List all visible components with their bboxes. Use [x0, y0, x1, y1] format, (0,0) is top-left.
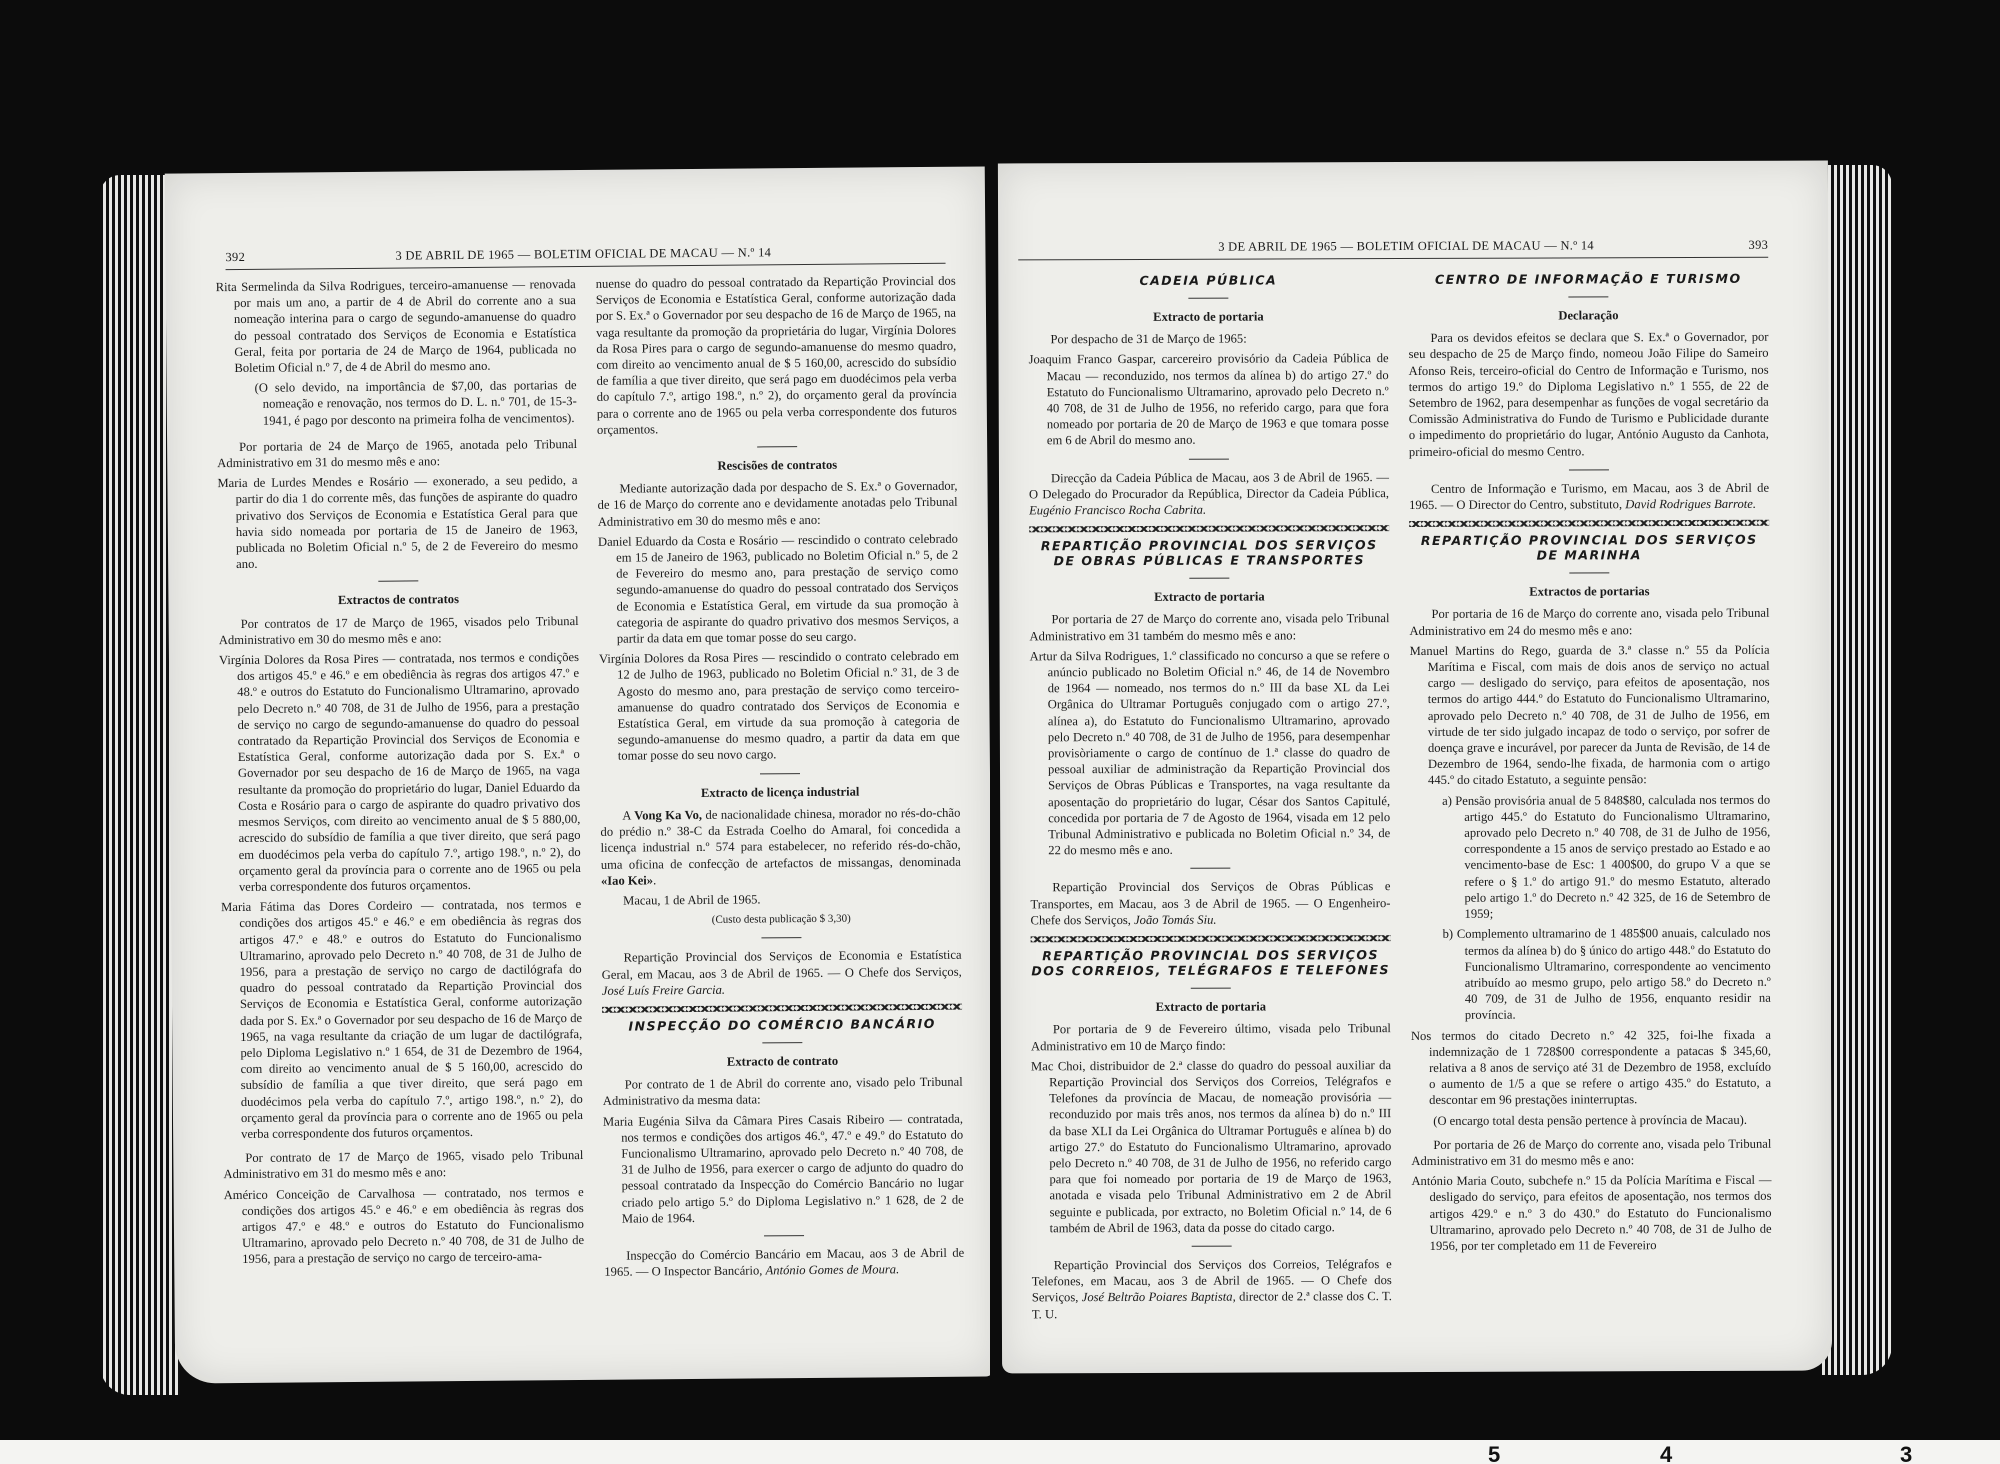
paragraph: Rita Sermelinda da Silva Rodrigues, terc…	[216, 276, 577, 376]
paragraph: Por contratos de 17 de Março de 1965, vi…	[219, 613, 579, 649]
paragraph: Artur da Silva Rodrigues, 1.º classifica…	[1030, 647, 1391, 859]
licence-paragraph: A Vong Ka Vo, de nacionalidade chinesa, …	[600, 805, 961, 889]
signature-paragraph: Direcção da Cadeia Pública de Macau, aos…	[1029, 469, 1389, 519]
paragraph: Mac Choi, distribuidor de 2.ª classe do …	[1031, 1057, 1392, 1236]
paragraph: nuense do quadro do pessoal contratado d…	[596, 273, 957, 438]
signatory: David Rodrigues Barrote.	[1625, 497, 1756, 511]
list-item-a: a) Pensão provisória anual de 5 848$80, …	[1410, 791, 1770, 922]
paragraph: Por contrato de 17 de Março de 1965, vis…	[223, 1147, 583, 1183]
subheading: Extracto de portaria	[1029, 588, 1389, 605]
right-page-column-2: Centro de Informação e Turismo Declaraçã…	[1408, 267, 1771, 1258]
paragraph: Por contrato de 1 de Abril do corrente a…	[603, 1074, 963, 1110]
ornamental-divider	[1029, 525, 1389, 532]
paragraph: Joaquim Franco Gaspar, carcereiro provis…	[1029, 350, 1389, 448]
divider	[762, 1042, 802, 1043]
paragraph: Por despacho de 31 de Março de 1965:	[1028, 330, 1388, 347]
divider	[760, 773, 800, 774]
paragraph: Manuel Martins do Rego, guarda de 3.ª cl…	[1410, 642, 1771, 789]
right-page-column-1: Cadeia Pública Extracto de portaria Por …	[1028, 268, 1392, 1326]
subheading-extractos-contratos: Extractos de contratos	[218, 590, 578, 609]
ornamental-divider	[1409, 520, 1769, 527]
section-title-inspeccao: Inspecção do Comércio Bancário	[602, 1016, 962, 1034]
paragraph: Daniel Eduardo da Costa e Rosário — resc…	[598, 531, 959, 648]
paragraph: Américo Conceição de Carvalhosa — contra…	[224, 1184, 585, 1268]
divider	[1189, 458, 1229, 459]
divider	[1569, 573, 1609, 574]
divider	[1192, 1246, 1232, 1247]
signature-paragraph: Repartição Provincial dos Serviços de Ec…	[602, 947, 962, 999]
right-page: 3 DE ABRIL DE 1965 — BOLETIM OFICIAL DE …	[998, 161, 1832, 1374]
text: .	[653, 873, 656, 887]
paragraph: Mediante autorização dada por despacho d…	[597, 478, 957, 530]
section-title-cadeia: Cadeia Pública	[1028, 272, 1388, 288]
signature-paragraph: Repartição Provincial dos Serviços de Ob…	[1030, 879, 1390, 929]
section-title-correios: Repartição Provincial dos Serviços dos C…	[1031, 947, 1391, 978]
scanner-mark: 3	[1900, 1442, 1912, 1464]
subheading-licenca-industrial: Extracto de licença industrial	[600, 782, 960, 801]
dateline: Macau, 1 de Abril de 1965.	[601, 890, 961, 909]
paragraph: António Maria Couto, subchefe n.º 15 da …	[1411, 1172, 1771, 1254]
left-page-column-2: nuense do quadro do pessoal contratado d…	[596, 273, 965, 1284]
paragraph: Por portaria de 26 de Março do corrente …	[1411, 1135, 1771, 1169]
scanner-mark: 5	[1488, 1442, 1500, 1464]
divider	[1190, 868, 1230, 869]
signature-paragraph: Centro de Informação e Turismo, em Macau…	[1409, 480, 1769, 514]
divider	[761, 937, 801, 938]
publication-cost: (Custo desta publicação $ 3,30)	[601, 910, 961, 929]
licensee-name: Vong Ka Vo,	[634, 808, 702, 823]
paragraph: Virgínia Dolores da Rosa Pires — rescind…	[599, 648, 960, 765]
subheading: Extracto de portaria	[1031, 998, 1391, 1015]
scanner-strip	[0, 1440, 2000, 1464]
signature-paragraph: Inspecção do Comércio Bancário em Macau,…	[604, 1245, 964, 1281]
page-stack-right	[1822, 165, 1892, 1375]
text: A	[622, 808, 634, 822]
divider	[378, 581, 418, 582]
paragraph: Por portaria de 27 de Março do corrente …	[1029, 611, 1389, 645]
running-head-right: 3 DE ABRIL DE 1965 — BOLETIM OFICIAL DE …	[1018, 231, 1768, 261]
section-title-obras: Repartição Provincial dos Serviços de Ob…	[1029, 537, 1389, 568]
paragraph: Para os devidos efeitos se declara que S…	[1408, 329, 1768, 460]
text: Direcção da Cadeia Pública de Macau, aos…	[1029, 470, 1389, 501]
page-number: 393	[1748, 238, 1768, 253]
paragraph: Maria Fátima das Dores Cordeiro — contra…	[221, 896, 583, 1142]
text: Repartição Provincial dos Serviços de Ec…	[602, 948, 962, 981]
signatory: António Gomes de Moura.	[766, 1262, 900, 1277]
subheading-declaracao: Declaração	[1408, 307, 1768, 324]
running-head-title: 3 DE ABRIL DE 1965 — BOLETIM OFICIAL DE …	[395, 245, 771, 263]
divider	[757, 446, 797, 447]
paragraph: Maria de Lurdes Mendes e Rosário — exone…	[217, 472, 578, 572]
business-name: «Iao Kei»	[601, 873, 653, 887]
divider	[1569, 469, 1609, 470]
signatory: Eugénio Francisco Rocha Cabrita.	[1029, 503, 1206, 518]
left-page: 392 3 DE ABRIL DE 1965 — BOLETIM OFICIAL…	[165, 166, 996, 1383]
subheading: Extracto de portaria	[1028, 308, 1388, 325]
subheading-rescisoes: Rescisões de contratos	[597, 456, 957, 475]
paragraph: Por portaria de 24 de Março de 1965, ano…	[217, 436, 577, 472]
stamp-note: (O selo devido, na importância de $7,00,…	[217, 377, 577, 429]
paragraph: Virgínia Dolores da Rosa Pires — contrat…	[219, 649, 581, 895]
paragraph: (O encargo total desta pensão pertence à…	[1411, 1111, 1771, 1128]
divider	[1189, 578, 1229, 579]
signatory: José Beltrão Poiares Baptista,	[1082, 1290, 1236, 1305]
signature-paragraph: Repartição Provincial dos Serviços dos C…	[1032, 1256, 1392, 1322]
signatory: José Luís Freire Garcia.	[602, 982, 725, 997]
section-title-turismo: Centro de Informação e Turismo	[1408, 271, 1768, 287]
list-item-b: b) Complemento ultramarino de 1 485$00 a…	[1411, 925, 1771, 1023]
divider	[1568, 296, 1608, 297]
paragraph: Por portaria de 9 de Fevereiro último, v…	[1031, 1020, 1391, 1054]
signatory: João Tomás Siu.	[1134, 913, 1217, 927]
paragraph: Nos termos do citado Decreto n.º 42 325,…	[1411, 1026, 1771, 1108]
left-page-column-1: Rita Sermelinda da Silva Rodrigues, terc…	[216, 276, 585, 1272]
divider	[764, 1235, 804, 1236]
running-head-title: 3 DE ABRIL DE 1965 — BOLETIM OFICIAL DE …	[1218, 238, 1594, 254]
ornamental-divider	[602, 1004, 962, 1013]
running-head-left: 392 3 DE ABRIL DE 1965 — BOLETIM OFICIAL…	[225, 237, 945, 270]
subheading-extracto-contrato: Extracto de contrato	[602, 1052, 962, 1071]
page-number: 392	[225, 250, 245, 265]
subheading-extractos-portarias: Extractos de portarias	[1409, 583, 1769, 600]
paragraph: Por portaria de 16 de Março do corrente …	[1409, 605, 1769, 639]
divider	[1188, 298, 1228, 299]
paragraph: Maria Eugénia Silva da Câmara Pires Casa…	[603, 1110, 964, 1227]
ornamental-divider	[1031, 935, 1391, 942]
divider	[1191, 988, 1231, 989]
scanner-mark: 4	[1660, 1442, 1672, 1464]
section-title-marinha: Repartição Provincial dos Serviços de Ma…	[1409, 532, 1769, 563]
